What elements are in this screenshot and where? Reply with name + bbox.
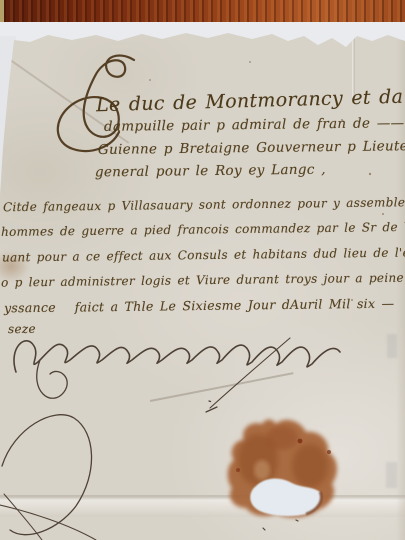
signature-diagonal-stroke xyxy=(210,338,290,408)
manuscript-paper: Le duc de Montmorancy et da dampuille pa… xyxy=(0,0,405,540)
initial-flourish-graphic xyxy=(58,55,134,151)
signature-oval-loop xyxy=(2,415,92,535)
wooden-table-strip xyxy=(4,0,405,23)
dark-red-speck xyxy=(298,439,303,444)
ink-specks xyxy=(149,61,384,301)
ink-graphics-overlay xyxy=(0,0,405,540)
manuscript-photo: Le duc de Montmorancy et da dampuille pa… xyxy=(0,0,405,540)
stain-with-hole xyxy=(228,420,337,518)
